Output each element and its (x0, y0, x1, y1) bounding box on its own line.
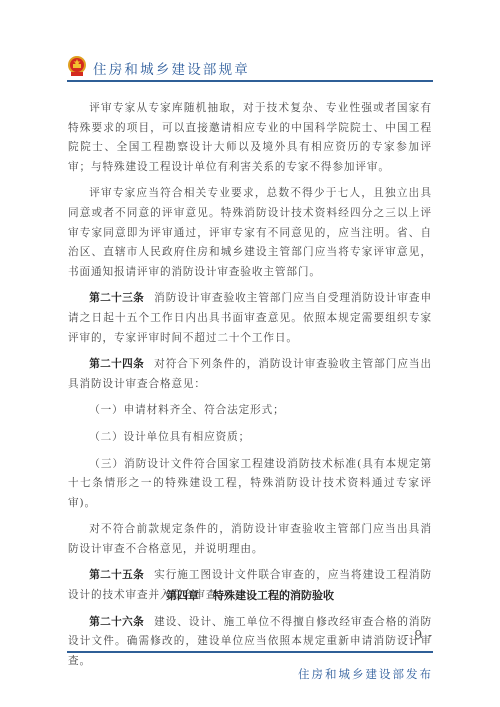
paragraph: 对不符合前款规定条件的，消防设计审查验收主管部门应当出具消防设计审查不合格意见，… (68, 520, 432, 559)
paragraph-text: （一）申请材料齐全、符合法定形式； (89, 404, 284, 416)
article-26: 第二十六条建设、设计、施工单位不得擅自修改经审查合格的消防设计文件。确需修改的，… (68, 613, 432, 672)
chapter-number: 第四章 (166, 589, 199, 602)
page-header: 住房和城乡建设部规章 (67, 55, 433, 83)
paragraph-text: （三）消防设计文件符合国家工程建设消防技术标准(具有本规定第十七条情形之一的特殊… (68, 458, 432, 509)
chapter-heading: 第四章特殊建设工程的消防验收 (0, 587, 500, 603)
page-number: - 9 - (405, 628, 433, 642)
paragraph-text: 评审专家应当符合相关专业要求，总数不得少于七人，且独立出具同意或者不同意的评审意… (68, 187, 432, 277)
paragraph: 评审专家应当符合相关专业要求，总数不得少于七人，且独立出具同意或者不同意的评审意… (68, 184, 432, 282)
article-23: 第二十三条消防设计审查验收主管部门应当自受理消防设计审查申请之日起十五个工作日内… (68, 289, 432, 348)
paragraph-text: （二）设计单位具有相应资质； (89, 431, 250, 443)
list-item: （一）申请材料齐全、符合法定形式； (68, 401, 432, 421)
paragraph: 评审专家从专家库随机抽取，对于技术复杂、专业性强或者国家有特殊要求的项目，可以直… (68, 99, 432, 177)
header-title: 住房和城乡建设部规章 (93, 58, 250, 78)
national-emblem-icon (67, 55, 87, 77)
article-24: 第二十四条对符合下列条件的，消防设计审查验收主管部门应当出具消防设计审查合格意见… (68, 355, 432, 394)
list-item: （二）设计单位具有相应资质； (68, 428, 432, 448)
article-label: 第二十六条 (89, 616, 144, 628)
paragraph-text: 对不符合前款规定条件的，消防设计审查验收主管部门应当出具消防设计审查不合格意见，… (68, 523, 432, 555)
article-label: 第二十五条 (89, 569, 144, 581)
list-item: （三）消防设计文件符合国家工程建设消防技术标准(具有本规定第十七条情形之一的特殊… (68, 455, 432, 514)
chapter-title: 特殊建设工程的消防验收 (213, 589, 334, 602)
paragraph-text: 评审专家从专家库随机抽取，对于技术复杂、专业性强或者国家有特殊要求的项目，可以直… (68, 102, 432, 173)
header-divider (67, 80, 433, 82)
footer-divider (67, 651, 433, 653)
footer-publisher: 住房和城乡建设部发布 (298, 666, 433, 682)
article-label: 第二十三条 (89, 292, 144, 304)
article-label: 第二十四条 (89, 358, 144, 370)
